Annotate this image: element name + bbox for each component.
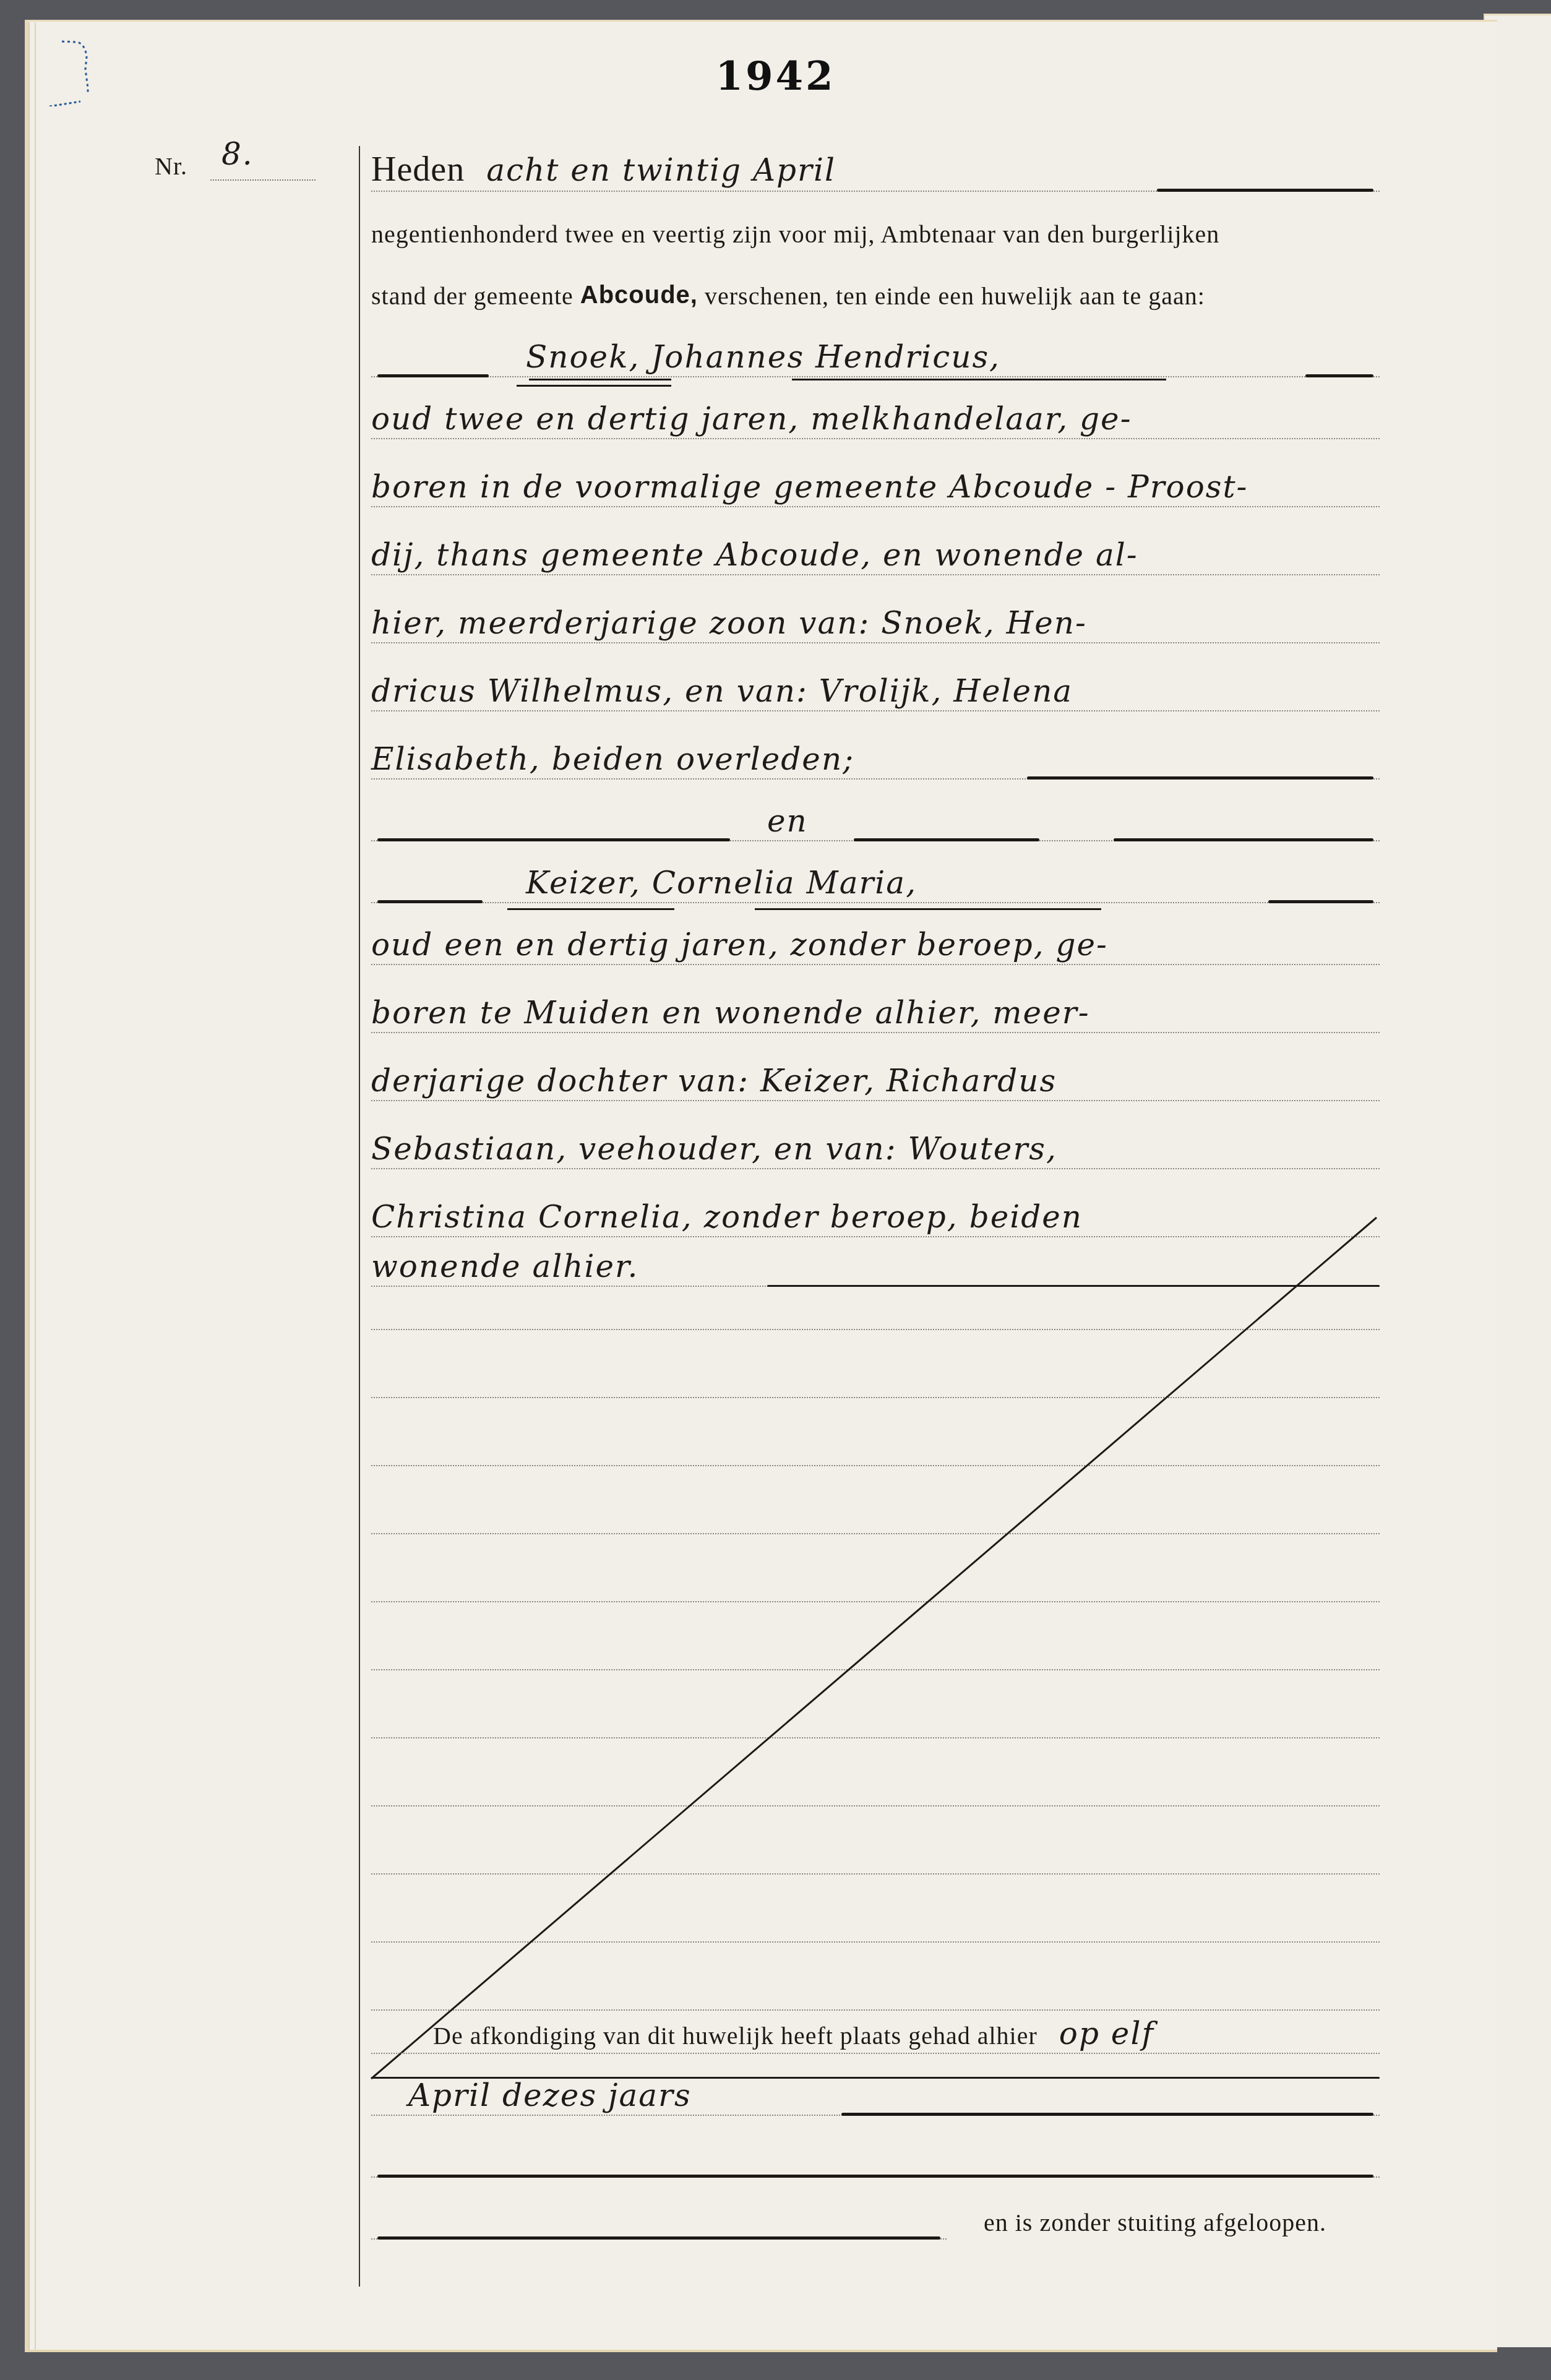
proclamation-end: en is zonder stuiting afgeloopen. — [984, 2208, 1326, 2237]
proclamation-date-1: op elf — [1059, 2016, 1154, 2051]
proclamation-line-4: en is zonder stuiting afgeloopen. — [371, 2190, 1380, 2246]
proclamation-date-2: April dezes jaars — [408, 2077, 692, 2113]
proclamation-line-2: April dezes jaars — [371, 2066, 1380, 2122]
proclamation-printed: De afkondiging van dit huwelijk heeft pl… — [433, 2022, 1038, 2050]
proclamation-line-1: De afkondiging van dit huwelijk heeft pl… — [371, 2004, 1380, 2060]
proclamation-line-3 — [371, 2128, 1380, 2184]
